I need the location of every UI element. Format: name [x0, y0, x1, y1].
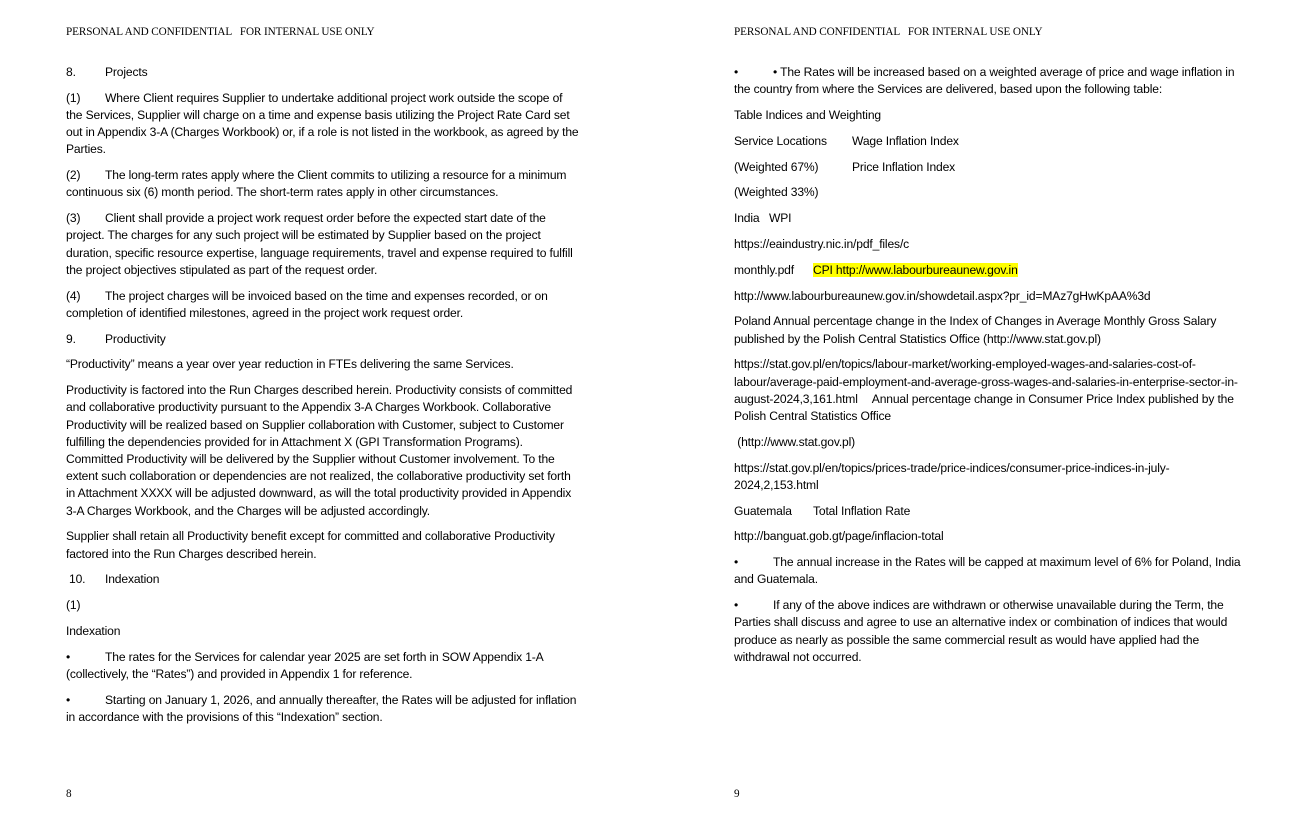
bullet-text: • The Rates will be increased based on a…	[734, 65, 1234, 96]
bullet-text: Starting on January 1, 2026, and annuall…	[66, 693, 576, 724]
india-price-url-link[interactable]: http://www.labourbureaunew.gov.in/showde…	[734, 288, 1249, 305]
section-title: Productivity	[105, 332, 166, 346]
bullet-icon: •	[66, 649, 105, 666]
page-number: 9	[734, 788, 740, 800]
table-header-cell: Service Locations	[734, 133, 852, 150]
bullet-icon: •	[734, 597, 773, 614]
clause-text: Client shall provide a project work requ…	[66, 211, 573, 277]
guatemala-row: GuatemalaTotal Inflation Rate	[734, 503, 1249, 520]
section-number: 9.	[66, 331, 105, 348]
withdrawal-bullet: •If any of the above indices are withdra…	[734, 597, 1249, 666]
bullet-text: If any of the above indices are withdraw…	[734, 598, 1227, 664]
section-9-heading: 9.Productivity	[66, 331, 581, 348]
table-header-cell: Price Inflation Index	[852, 160, 955, 174]
india-wage-url-link[interactable]: https://eaindustry.nic.in/pdf_files/c	[734, 236, 1249, 253]
section-number: 10.	[66, 571, 105, 588]
page-body: •• The Rates will be increased based on …	[734, 64, 1249, 675]
country-cell: Guatemala	[734, 503, 813, 520]
wage-index-cell: WPI	[769, 211, 791, 225]
india-url-continuation: monthly.pdfCPI http://www.labourbureaune…	[734, 262, 1249, 279]
clause-text: The long-term rates apply where the Clie…	[66, 168, 566, 199]
bullet-icon: •	[734, 554, 773, 571]
bullet-icon: •	[734, 64, 773, 81]
poland-price-site-link[interactable]: (http://www.stat.gov.pl)	[734, 434, 1249, 451]
page-8: PERSONAL AND CONFIDENTIAL FOR INTERNAL U…	[0, 0, 654, 836]
productivity-paragraph: Productivity is factored into the Run Ch…	[66, 382, 581, 520]
table-header-cell: Wage Inflation Index	[852, 134, 959, 148]
clause-number: (4)	[66, 288, 105, 305]
table-header-row-2: (Weighted 67%)Price Inflation Index	[734, 159, 1249, 176]
table-header-row-3: (Weighted 33%)	[734, 184, 1249, 201]
cap-bullet: •The annual increase in the Rates will b…	[734, 554, 1249, 588]
india-row: IndiaWPI	[734, 210, 1249, 227]
bullet-text: The rates for the Services for calendar …	[66, 650, 543, 681]
clause-text: Where Client requires Supplier to undert…	[66, 91, 579, 157]
table-header-row-1: Service LocationsWage Inflation Index	[734, 133, 1249, 150]
country-cell: India	[734, 210, 769, 227]
section-8-heading: 8.Projects	[66, 64, 581, 81]
page-header: PERSONAL AND CONFIDENTIAL FOR INTERNAL U…	[734, 26, 1042, 38]
section-title: Projects	[105, 65, 148, 79]
clause-8-2: (2)The long-term rates apply where the C…	[66, 167, 581, 201]
page-number: 8	[66, 788, 72, 800]
page-9: PERSONAL AND CONFIDENTIAL FOR INTERNAL U…	[654, 0, 1309, 836]
table-title: Table Indices and Weighting	[734, 107, 1249, 124]
highlighted-cpi-link[interactable]: CPI http://www.labourbureaunew.gov.in	[813, 263, 1018, 277]
subsection-number: (1)	[66, 597, 581, 614]
india-wage-url-suffix[interactable]: monthly.pdf	[734, 262, 813, 279]
clause-number: (2)	[66, 167, 105, 184]
section-10-heading: 10.Indexation	[66, 571, 581, 588]
guatemala-url-link[interactable]: http://banguat.gob.gt/page/inflacion-tot…	[734, 528, 1249, 545]
page-body: 8.Projects (1)Where Client requires Supp…	[66, 64, 581, 735]
intro-bullet: •• The Rates will be increased based on …	[734, 64, 1249, 98]
clause-8-3: (3)Client shall provide a project work r…	[66, 210, 581, 279]
poland-wage-url-paragraph: https://stat.gov.pl/en/topics/labour-mar…	[734, 356, 1249, 425]
clause-number: (3)	[66, 210, 105, 227]
page-header: PERSONAL AND CONFIDENTIAL FOR INTERNAL U…	[66, 26, 374, 38]
poland-wage-description: Poland Annual percentage change in the I…	[734, 313, 1249, 347]
indexation-bullet-1: •The rates for the Services for calendar…	[66, 649, 581, 683]
indexation-bullet-2: •Starting on January 1, 2026, and annual…	[66, 692, 581, 726]
clause-8-4: (4)The project charges will be invoiced …	[66, 288, 581, 322]
bullet-icon: •	[66, 692, 105, 709]
clause-8-1: (1)Where Client requires Supplier to und…	[66, 90, 581, 159]
section-number: 8.	[66, 64, 105, 81]
clause-text: The project charges will be invoiced bas…	[66, 289, 548, 320]
section-title: Indexation	[105, 572, 159, 586]
bullet-text: The annual increase in the Rates will be…	[734, 555, 1240, 586]
subsection-title: Indexation	[66, 623, 581, 640]
productivity-definition: “Productivity” means a year over year re…	[66, 356, 581, 373]
clause-number: (1)	[66, 90, 105, 107]
index-cell: Total Inflation Rate	[813, 504, 910, 518]
poland-price-url-link[interactable]: https://stat.gov.pl/en/topics/prices-tra…	[734, 460, 1249, 494]
table-header-cell: (Weighted 67%)	[734, 159, 852, 176]
productivity-benefit-paragraph: Supplier shall retain all Productivity b…	[66, 528, 581, 562]
